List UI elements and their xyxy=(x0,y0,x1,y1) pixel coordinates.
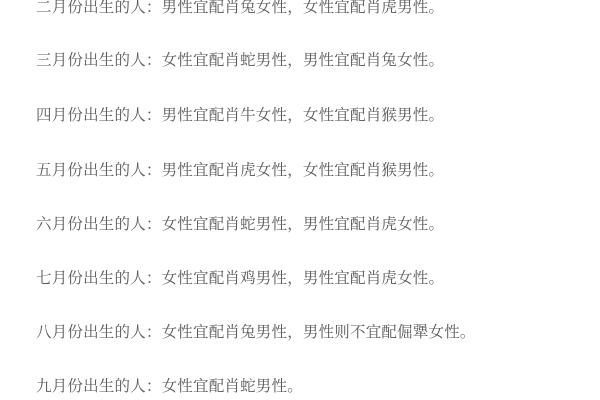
paragraph-march: 三月份出生的人：女性宜配肖蛇男性，男性宜配肖兔女性。 xyxy=(36,50,444,70)
paragraph-september: 九月份出生的人：女性宜配肖蛇男性。 xyxy=(36,376,303,396)
paragraph-june: 六月份出生的人：女性宜配肖蛇男性，男性宜配肖虎女性。 xyxy=(36,214,444,234)
paragraph-may: 五月份出生的人：男性宜配肖虎女性，女性宜配肖猴男性。 xyxy=(36,160,444,180)
paragraph-july: 七月份出生的人：女性宜配肖鸡男性，男性宜配肖虎女性。 xyxy=(36,268,444,288)
paragraph-april: 四月份出生的人：男性宜配肖牛女性，女性宜配肖猴男性。 xyxy=(36,105,444,125)
paragraph-august: 八月份出生的人：女性宜配肖兔男性，男性则不宜配倔犟女性。 xyxy=(36,322,476,342)
paragraph-february: 二月份出生的人：男性宜配肖兔女性，女性宜配肖虎男性。 xyxy=(36,0,444,17)
